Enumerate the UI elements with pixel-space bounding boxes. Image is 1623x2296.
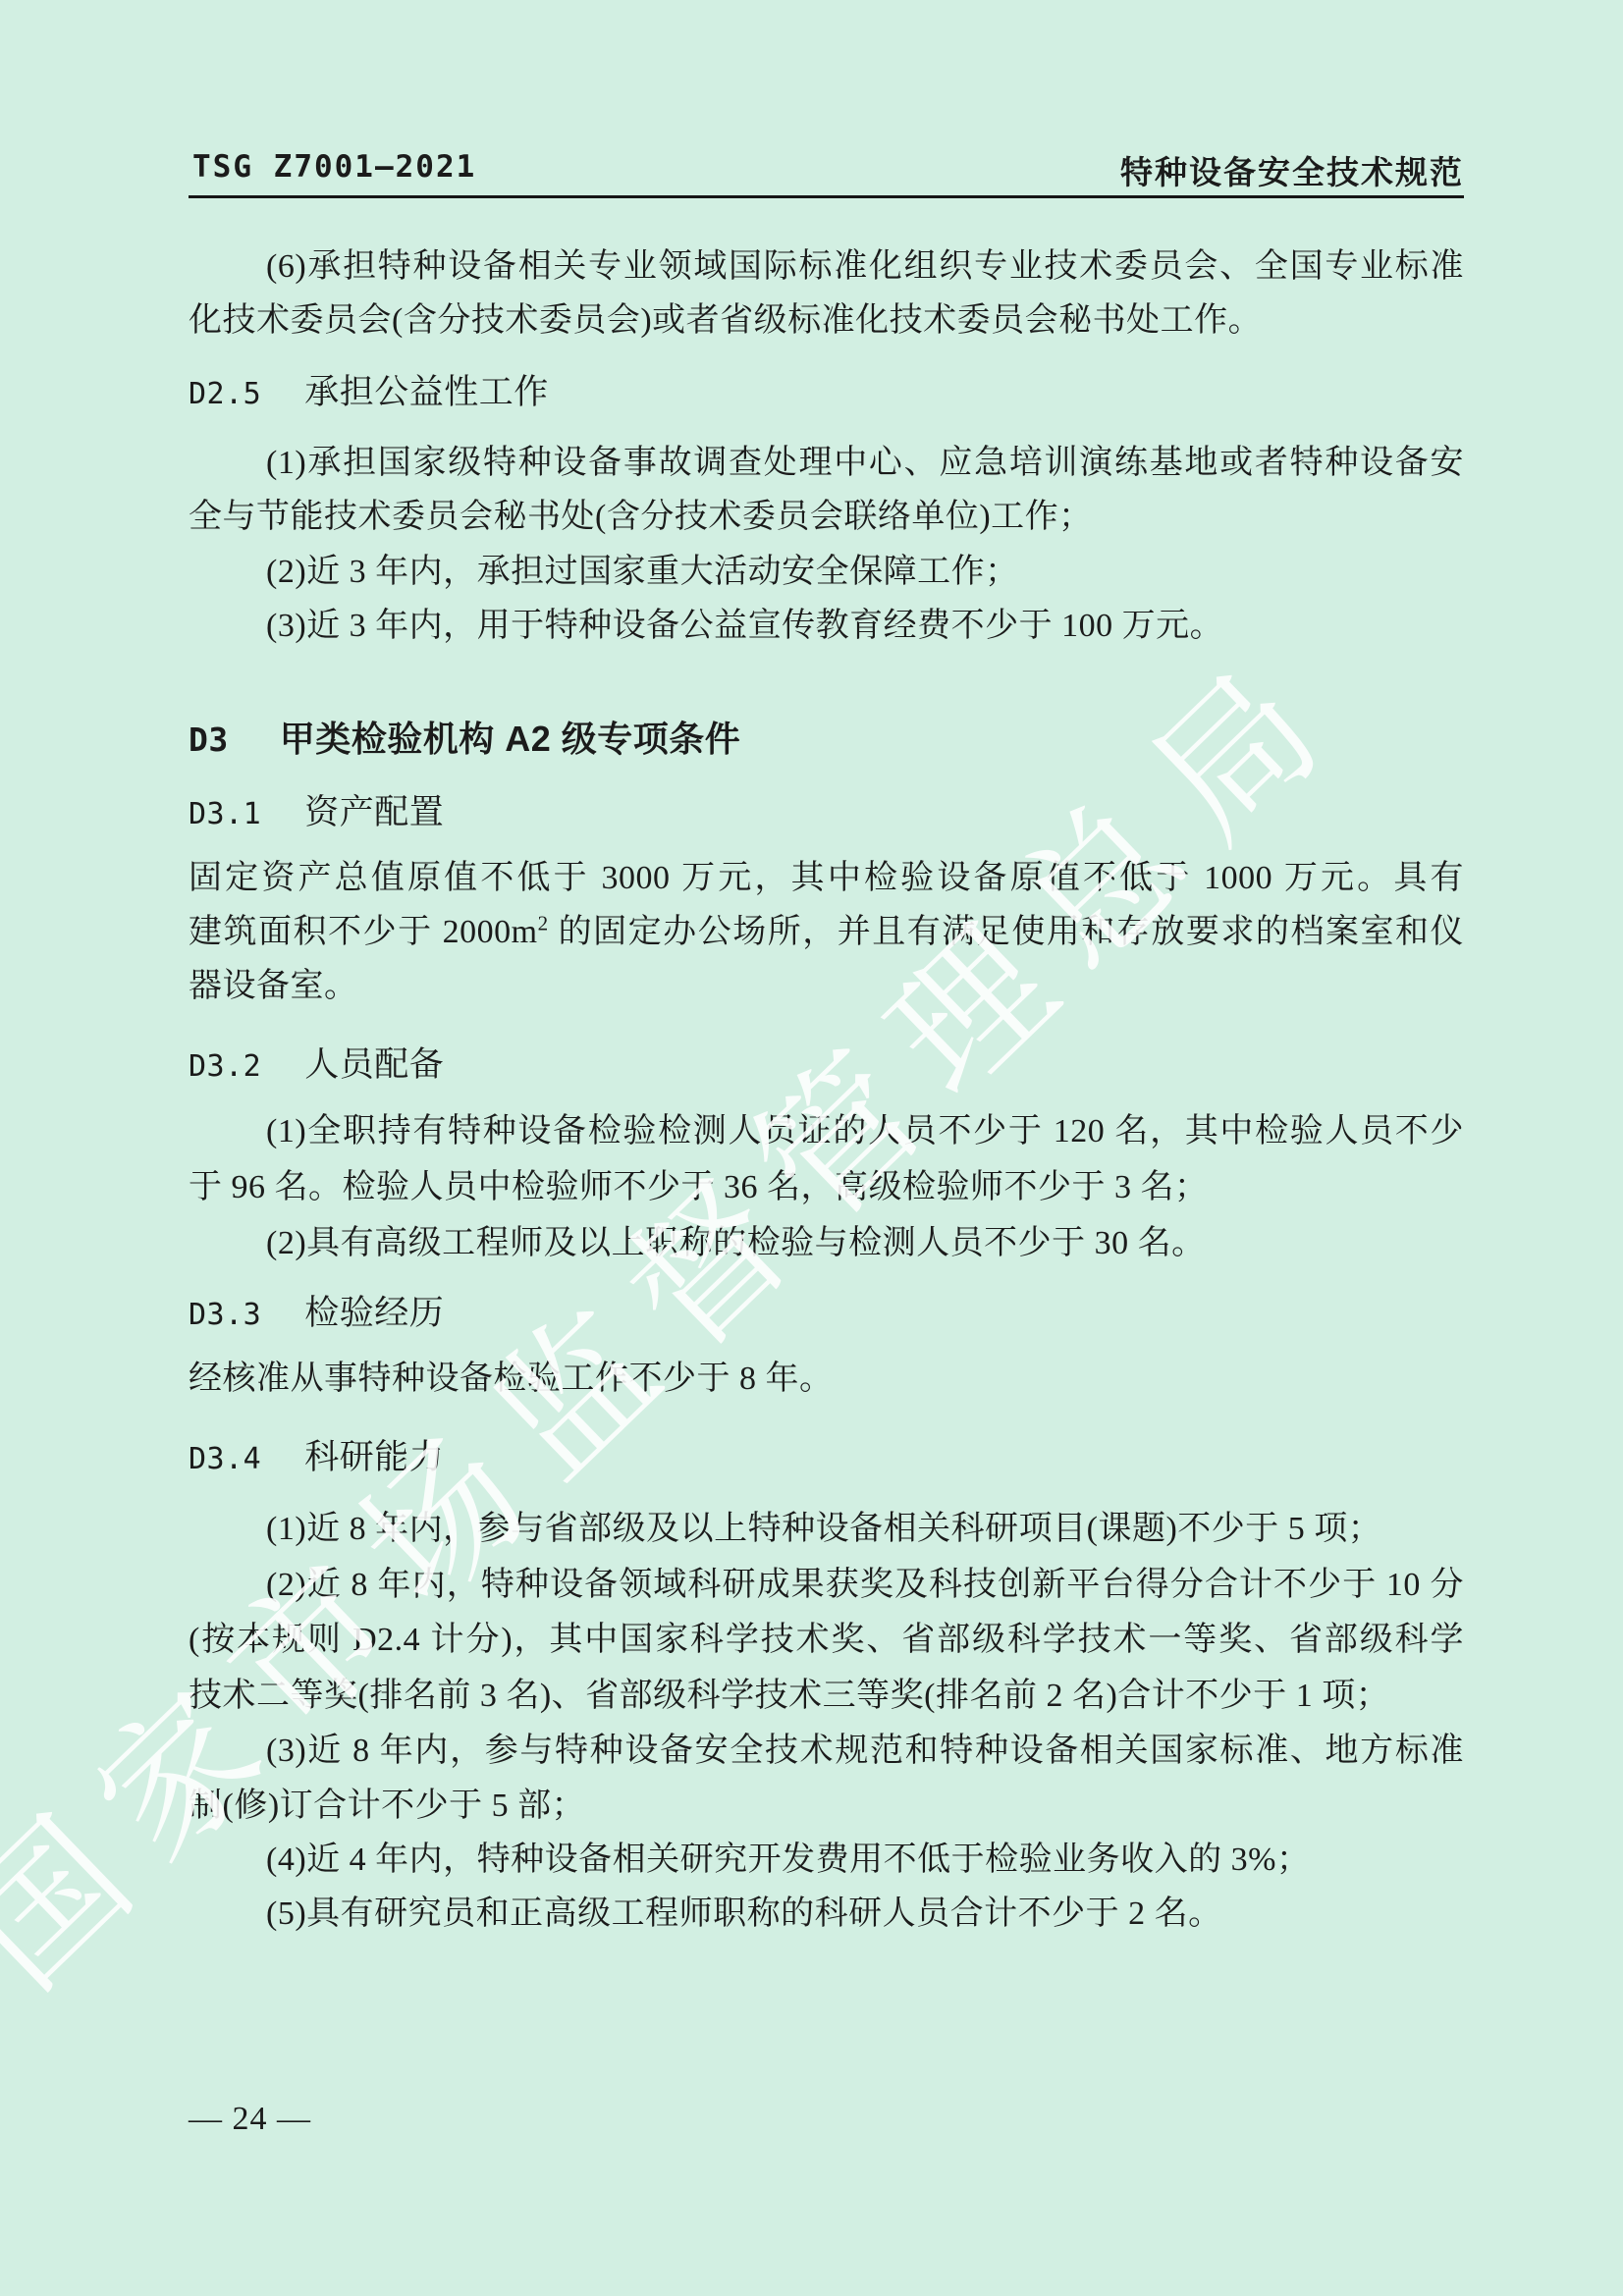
heading-number: D3.1 — [189, 797, 261, 831]
heading-number: D3.3 — [189, 1298, 261, 1332]
heading-title: 人员配备 — [304, 1045, 444, 1084]
page-number: — 24 — — [189, 2101, 311, 2138]
heading-title: 承担公益性工作 — [304, 373, 549, 411]
header-doc-title: 特种设备安全技术规范 — [1120, 147, 1464, 193]
text-line: (1)全职持有特种设备检验检测人员证的人员不少于 120 名，其中检验人员不少 — [189, 1104, 1464, 1159]
text-line: 固定资产总值原值不低于 3000 万元，其中检验设备原值不低于 1000 万元。… — [189, 851, 1464, 906]
text-line: (按本规则 D2.4 计分)，其中国家科学技术奖、省部级科学技术一等奖、省部级科… — [189, 1613, 1464, 1668]
heading-title: 科研能力 — [304, 1438, 444, 1476]
heading-number: D3 — [189, 721, 229, 759]
text-line: (3)近 8 年内，参与特种设备安全技术规范和特种设备相关国家标准、地方标准 — [189, 1724, 1464, 1779]
text-line: 经核准从事特种设备检验工作不少于 8 年。 — [189, 1352, 1464, 1407]
text-line: 全与节能技术委员会秘书处(含分技术委员会联络单位)工作； — [189, 490, 1464, 545]
heading-number: D2.5 — [189, 377, 261, 411]
section-heading: D3.4科研能力 — [189, 1430, 1464, 1485]
section-heading: D3甲类检验机构 A2 级专项条件 — [189, 712, 1464, 767]
text-line: 建筑面积不少于 2000m2 的固定办公场所，并且有满足使用和存放要求的档案室和… — [189, 905, 1464, 960]
text-line: (2)具有高级工程师及以上职称的检验与检测人员不少于 30 名。 — [189, 1216, 1464, 1271]
text-line: 器设备室。 — [189, 959, 1464, 1014]
header-doc-code: TSG Z7001—2021 — [192, 149, 476, 185]
text-line: (1)近 8 年内，参与省部级及以上特种设备相关科研项目(课题)不少于 5 项； — [189, 1502, 1464, 1557]
heading-title: 检验经历 — [304, 1294, 444, 1332]
document-page: TSG Z7001—2021 特种设备安全技术规范 (6)承担特种设备相关专业领… — [0, 0, 1623, 2296]
text-line: (1)承担国家级特种设备事故调查处理中心、应急培训演练基地或者特种设备安 — [189, 436, 1464, 491]
heading-title: 资产配置 — [304, 793, 444, 831]
text-line: 于 96 名。检验人员中检验师不少于 36 名，高级检验师不少于 3 名； — [189, 1160, 1464, 1215]
text-line: 技术二等奖(排名前 3 名)、省部级科学技术三等奖(排名前 2 名)合计不少于 … — [189, 1669, 1464, 1724]
text-line: 化技术委员会(含分技术委员会)或者省级标准化技术委员会秘书处工作。 — [189, 294, 1464, 348]
text-line: (2)近 8 年内，特种设备领域科研成果获奖及科技创新平台得分合计不少于 10 … — [189, 1558, 1464, 1613]
text-line: (6)承担特种设备相关专业领域国际标准化组织专业技术委员会、全国专业标准 — [189, 240, 1464, 294]
text-line: 制(修)订合计不少于 5 部； — [189, 1779, 1464, 1834]
heading-title: 甲类检验机构 A2 级专项条件 — [280, 719, 741, 759]
header-rule — [189, 195, 1464, 198]
superscript: 2 — [538, 912, 549, 935]
section-heading: D3.3检验经历 — [189, 1286, 1464, 1341]
text-line: (4)近 4 年内，特种设备相关研究开发费用不低于检验业务收入的 3%； — [189, 1833, 1464, 1888]
text-line: (3)近 3 年内，用于特种设备公益宣传教育经费不少于 100 万元。 — [189, 599, 1464, 654]
section-heading: D2.5承担公益性工作 — [189, 365, 1464, 420]
section-heading: D3.1资产配置 — [189, 785, 1464, 840]
text-line: (5)具有研究员和正高级工程师职称的科研人员合计不少于 2 名。 — [189, 1887, 1464, 1942]
text-line: (2)近 3 年内，承担过国家重大活动安全保障工作； — [189, 545, 1464, 600]
heading-number: D3.2 — [189, 1049, 261, 1084]
heading-number: D3.4 — [189, 1442, 261, 1476]
section-heading: D3.2人员配备 — [189, 1038, 1464, 1093]
